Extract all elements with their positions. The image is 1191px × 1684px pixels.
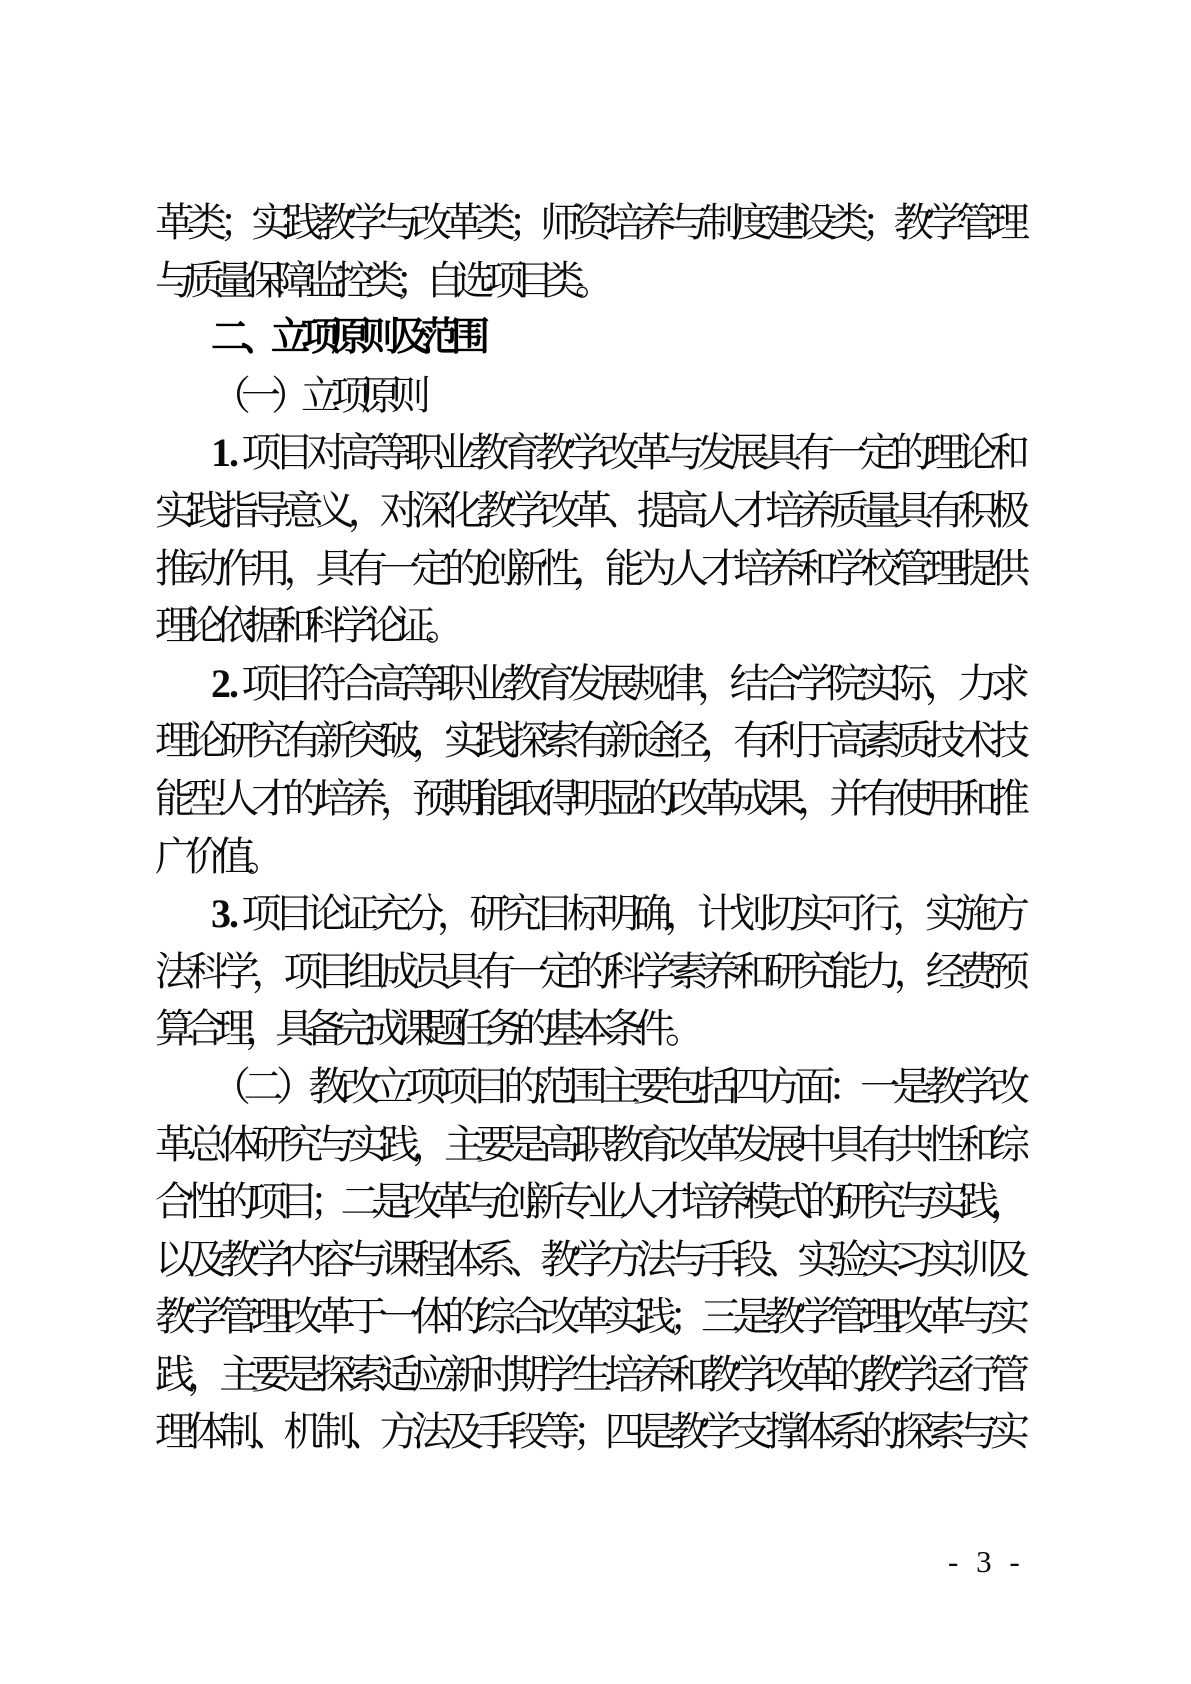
text-line: 革类；实践教学与改革类；师资培养与制度建设类；教学管理 [155, 194, 1020, 252]
page-number: - 3 - [948, 1544, 1025, 1580]
text-line-content: 理论依据和科学论证。 [155, 603, 455, 648]
text-line-content: 教学管理改革于一体的综合改革实践；三是教学管理改革与实 [155, 1294, 1020, 1339]
text-line-content: 法科学，项目组成员具有一定的科学素养和研究能力，经费预 [155, 949, 1020, 994]
text-line: 广价值。 [155, 828, 1020, 886]
text-line: 理论依据和科学论证。 [155, 597, 1020, 655]
text-line-content: 推动作用，具有一定的创新性，能为人才培养和学校管理提供 [155, 546, 1020, 591]
list-number: 2. [211, 661, 237, 706]
list-number: 1. [211, 430, 237, 475]
text-line: 教学管理改革于一体的综合改革实践；三是教学管理改革与实 [155, 1288, 1020, 1346]
text-line-content: 践，主要是探索适应新时期学生培养和教学改革的教学运行管 [155, 1352, 1020, 1397]
text-line-content: 算合理，具备完成课题任务的基本条件。 [155, 1006, 695, 1051]
text-line-content: 项目论证充分，研究目标明确，计划切实可行，实施方 [239, 891, 1020, 936]
section-heading: 二、立项原则及范围 [155, 309, 1020, 367]
text-line-content: 二、立项原则及范围 [211, 316, 481, 359]
text-line: 理体制、机制、方法及手段等；四是教学支撑体系的探索与实 [155, 1403, 1020, 1461]
text-line: 理论研究有新突破，实践探索有新途径，有利于高素质技术技 [155, 712, 1020, 770]
text-line: 算合理，具备完成课题任务的基本条件。 [155, 1000, 1020, 1058]
text-line-content: 项目符合高等职业教育发展规律，结合学院实际，力求 [239, 661, 1020, 706]
text-line-content: 与质量保障监控类；自选项目类。 [155, 258, 605, 303]
text-line-content: 实践指导意义，对深化教学改革、提高人才培养质量具有积极 [155, 488, 1020, 533]
text-line-content: （二）教改立项项目的范围主要包括四方面：一是教学改 [211, 1064, 1020, 1109]
text-line-content: （一）立项原则 [211, 373, 421, 418]
text-line: 1.项目对高等职业教育教学改革与发展具有一定的理论和 [155, 424, 1020, 482]
text-line: 3.项目论证充分，研究目标明确，计划切实可行，实施方 [155, 885, 1020, 943]
text-line-content: 广价值。 [155, 834, 275, 879]
text-line: 革总体研究与实践，主要是高职教育改革发展中具有共性和综 [155, 1116, 1020, 1174]
text-line: （一）立项原则 [155, 367, 1020, 425]
text-line-content: 革类；实践教学与改革类；师资培养与制度建设类；教学管理 [155, 200, 1020, 245]
document-text-block: 革类；实践教学与改革类；师资培养与制度建设类；教学管理与质量保障监控类；自选项目… [155, 194, 1020, 1461]
text-line: 实践指导意义，对深化教学改革、提高人才培养质量具有积极 [155, 482, 1020, 540]
text-line-content: 理体制、机制、方法及手段等；四是教学支撑体系的探索与实 [155, 1409, 1020, 1454]
list-number: 3. [211, 891, 237, 936]
text-line-content: 项目对高等职业教育教学改革与发展具有一定的理论和 [239, 430, 1020, 475]
text-line: 以及教学内容与课程体系、教学方法与手段、实验实习实训及 [155, 1231, 1020, 1289]
text-line-content: 革总体研究与实践，主要是高职教育改革发展中具有共性和综 [155, 1122, 1020, 1167]
text-line-content: 以及教学内容与课程体系、教学方法与手段、实验实习实训及 [155, 1237, 1020, 1282]
text-line: （二）教改立项项目的范围主要包括四方面：一是教学改 [155, 1058, 1020, 1116]
document-page: 革类；实践教学与改革类；师资培养与制度建设类；教学管理与质量保障监控类；自选项目… [0, 0, 1191, 1684]
text-line: 与质量保障监控类；自选项目类。 [155, 252, 1020, 310]
text-line: 能型人才的培养，预期能取得明显的改革成果，并有使用和推 [155, 770, 1020, 828]
text-line: 2.项目符合高等职业教育发展规律，结合学院实际，力求 [155, 655, 1020, 713]
text-line: 推动作用，具有一定的创新性，能为人才培养和学校管理提供 [155, 540, 1020, 598]
text-line: 合性的项目；二是改革与创新专业人才培养模式的研究与实践， [155, 1173, 1020, 1231]
text-line-content: 理论研究有新突破，实践探索有新途径，有利于高素质技术技 [155, 718, 1020, 763]
text-line: 法科学，项目组成员具有一定的科学素养和研究能力，经费预 [155, 943, 1020, 1001]
text-line-content: 能型人才的培养，预期能取得明显的改革成果，并有使用和推 [155, 776, 1020, 821]
text-line: 践，主要是探索适应新时期学生培养和教学改革的教学运行管 [155, 1346, 1020, 1404]
text-line-content: 合性的项目；二是改革与创新专业人才培养模式的研究与实践， [155, 1179, 1020, 1224]
